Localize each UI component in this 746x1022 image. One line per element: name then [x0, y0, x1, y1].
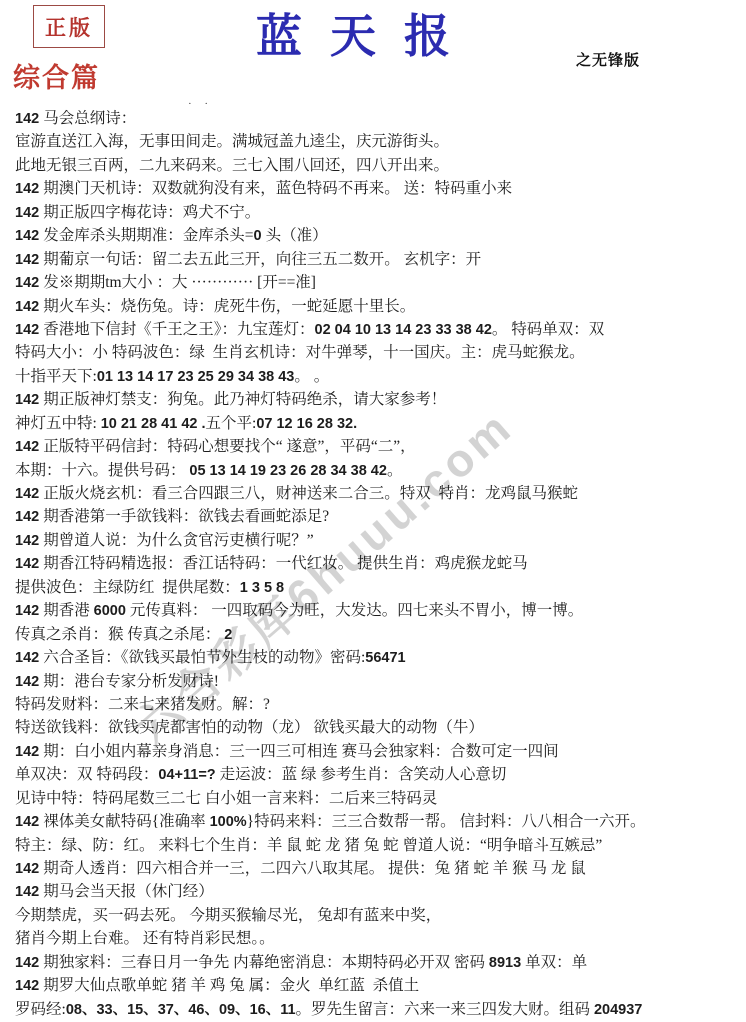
report-line: 142 期香江特码精选报：香江话特码：一代红妆。 提供生肖：鸡虎猴龙蛇马: [15, 552, 742, 575]
report-line: 此地无银三百两，二九来码来。三七入围八回还，四八开出来。: [15, 154, 742, 177]
report-line: 142 正版火烧玄机：看三合四跟三八，财神送来二合三。特双 特肖：龙鸡鼠马猴蛇: [15, 482, 742, 505]
report-page: 正版 蓝天报 之无锋版 综合篇 · · 六合彩库6huuu.com 142 马会…: [0, 0, 746, 1022]
report-line: 提供波色：主绿防红 提供尾数：1 3 5 8: [15, 576, 742, 599]
report-line: 罗码经:08、33、15、37、46、09、16、11。罗先生留言：六来一来三四…: [15, 998, 742, 1021]
report-line: 本期：十六。提供号码： 05 13 14 19 23 26 28 34 38 4…: [15, 459, 742, 482]
report-line: 142 期奇人透肖：四六相合并一三，二四六八取其尾。 提供：兔 猪 蛇 羊 猴 …: [15, 857, 742, 880]
report-line: 神灯五中特: 10 21 28 41 42 .五个平:07 12 16 28 3…: [15, 412, 742, 435]
report-line: 特码大小：小 特码波色：绿 生肖玄机诗：对牛弹琴，十一国庆。主：虎马蛇猴龙。: [15, 341, 742, 364]
report-line: 猪肖今期上台难。 还有特肖彩民想。。: [15, 927, 742, 950]
report-line: 特主：绿、防：红。 来料七个生肖：羊 鼠 蛇 龙 猪 兔 蛇 曾道人说：“明争暗…: [15, 834, 742, 857]
edition-label: 之无锋版: [576, 49, 640, 70]
report-line: 142 期独家料：三春日月一争先 内幕绝密消息：本期特码必开双 密码 8913 …: [15, 951, 742, 974]
report-line: 传真之杀肖：猴 传真之杀尾： 2: [15, 623, 742, 646]
report-line: 142 期罗大仙点歌单蛇 猪 羊 鸡 兔 属：金火 单红蓝 杀值土: [15, 974, 742, 997]
report-line: 142 期正版四字梅花诗：鸡犬不宁。: [15, 201, 742, 224]
section-title: 综合篇: [13, 56, 100, 95]
report-line: 142 期马会当天报（休门经）: [15, 880, 742, 903]
report-line: 142 正版特平码信封：特码心想要找个“ 遂意”，平码“二”，: [15, 435, 742, 458]
report-line: 宦游直送江入海，无事田间走。满城冠盖九逵尘，庆元游街头。: [15, 130, 742, 153]
report-line: 142 期：白小姐内幕亲身消息：三一四三可相连 赛马会独家料：合数可定一四间: [15, 740, 742, 763]
report-line: 142 发金库杀头期期准：金库杀头=0 头（准）: [15, 224, 742, 247]
report-line: 142 裸体美女献特码{准确率 100%}特码来料：三三合数帮一帮。 信封料：八…: [15, 810, 742, 833]
page-title: 蓝天报: [256, 0, 478, 66]
report-line: 142 期：港台专家分析发财诗!: [15, 670, 742, 693]
report-line: 142 香港地下信封《千王之王》：九宝莲灯：02 04 10 13 14 23 …: [15, 318, 742, 341]
genuine-badge: 正版: [33, 5, 105, 48]
report-line: 142 期香港 6000 元传真料： 一四取码今为旺，大发达。四七来头不胃小，博…: [15, 599, 742, 622]
report-line: 142 六合圣旨：《欲钱买最怕节外生枝的动物》密码:56471: [15, 646, 742, 669]
report-line: 142 期正版神灯禁支：狗兔。此乃神灯特码绝杀，请大家参考！: [15, 388, 742, 411]
report-line: 142 期香港第一手欲钱料：欲钱去看画蛇添足?: [15, 505, 742, 528]
report-lines: 142 马会总纲诗：宦游直送江入海，无事田间走。满城冠盖九逵尘，庆元游街头。此地…: [15, 107, 742, 1021]
report-line: 见诗中特：特码尾数三二七 白小姐一言来料：二后来三特码灵: [15, 787, 742, 810]
report-line: 今期禁虎，买一码去死。 今期买猴输尽光， 兔却有蓝来中奖，: [15, 904, 742, 927]
report-line: 特码发财料：二来七来猪发财。解：?: [15, 693, 742, 716]
report-line: 142 马会总纲诗：: [15, 107, 742, 130]
report-line: 142 期曾道人说：为什么贪官污吏横行呢？”: [15, 529, 742, 552]
report-line: 单双决：双 特码段：04+11=? 走运波：蓝 绿 参考生肖：含笑动人心意切: [15, 763, 742, 786]
report-line: 十指平天下:01 13 14 17 23 25 29 34 38 43。 。: [15, 365, 742, 388]
report-line: 142 发※期期tm大小 ：大 ············ [开==准]: [15, 271, 742, 294]
report-line: 142 期葡京一句话：留二去五此三开，向往三五二数开。 玄机字：开: [15, 248, 742, 271]
report-line: 142 期火车头：烧伤兔。诗：虎死牛伤，一蛇延愿十里长。: [15, 295, 742, 318]
report-line: 特送欲钱料：欲钱买虎都害怕的动物（龙） 欲钱买最大的动物（牛）: [15, 716, 742, 739]
report-line: 142 期澳门天机诗：双数就狗没有来，蓝色特码不再来。 送：特码重小来: [15, 177, 742, 200]
